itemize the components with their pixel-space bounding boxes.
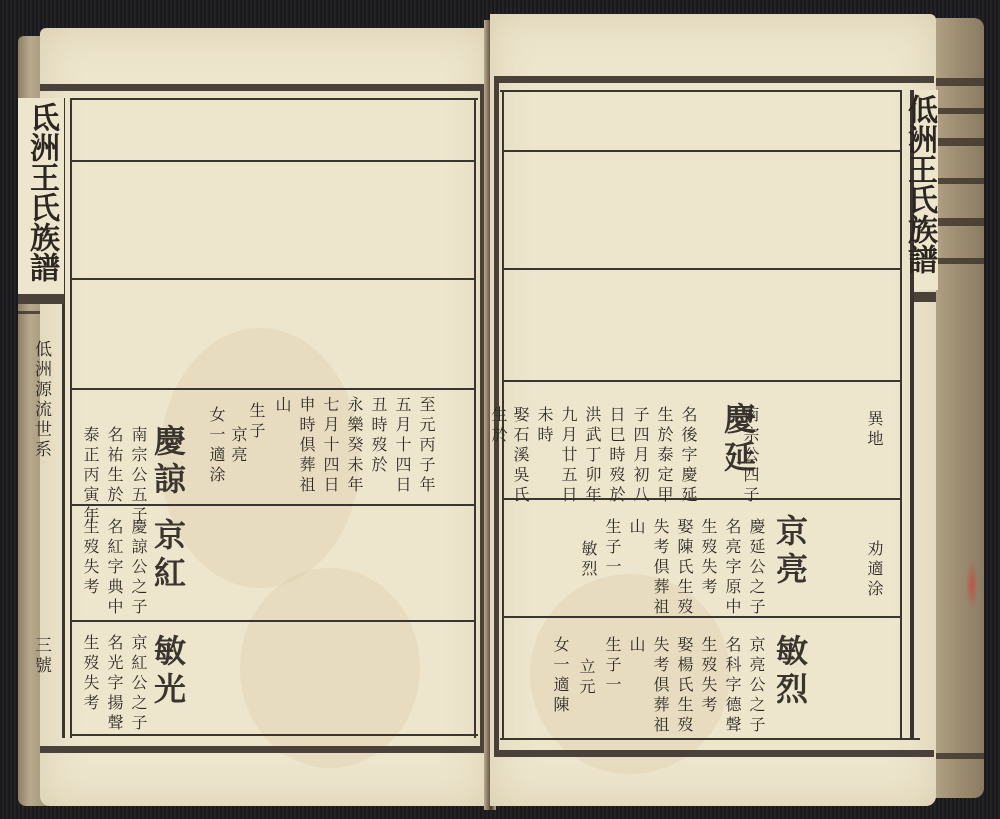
row-divider	[72, 388, 474, 390]
record-line: 至元丙子年	[418, 396, 434, 496]
record-line: 山	[274, 396, 290, 416]
record-line: 京紅公之子	[130, 634, 146, 734]
record-line: 名亮字原中	[724, 518, 740, 618]
section-title: 低洲源流世系	[32, 340, 49, 460]
record-line: 申時倶葬祖	[298, 396, 314, 496]
person-name: 京紅	[152, 518, 184, 594]
record-line: 七月十四日	[322, 396, 338, 496]
inner-right-border	[474, 98, 476, 738]
bottom-border	[40, 746, 484, 753]
record-line: 名科字德聲	[724, 636, 740, 736]
record-line: 日巳時歿於	[608, 406, 624, 506]
record-line: 生歿失考	[82, 634, 98, 714]
child-name: 敏烈	[580, 540, 596, 580]
row-divider	[72, 160, 474, 162]
record-line: 山	[628, 636, 644, 656]
book-title-banner: 低洲王氏族譜	[904, 94, 934, 274]
record-line: 名祐生於	[106, 426, 122, 506]
record-line: 南宗公四子	[742, 406, 758, 506]
child-name: 京亮	[230, 426, 246, 466]
record-line: 失考倶葬祖	[652, 636, 668, 736]
daughter-record: 女一適陳	[552, 636, 568, 716]
record-line: 娶石溪吳氏	[512, 406, 528, 506]
person-name: 敏烈	[774, 634, 806, 710]
person-name: 京亮	[774, 514, 806, 590]
record-line: 永樂癸未年	[346, 396, 362, 496]
inner-left-border	[70, 98, 72, 738]
record-line: 生於泰定甲	[656, 406, 672, 506]
person-name: 敏光	[152, 634, 184, 710]
top-border	[494, 76, 934, 83]
right-page: 低洲王氏族譜 慶延 南宗公四子 名後字慶延 生於泰定甲 子四月初八 日巳時歿於 …	[490, 14, 936, 806]
record-line: 未時	[536, 406, 552, 446]
top-border	[40, 84, 484, 91]
person-name: 慶諒	[152, 424, 184, 500]
record-line: 南宗公五子	[130, 426, 146, 526]
record-line: 洪武丁卯年	[584, 406, 600, 506]
record-line: 生子一	[604, 636, 620, 696]
record-line: 名後字慶延	[680, 406, 696, 506]
record-line: 子四月初八	[632, 406, 648, 506]
record-line: 失考倶葬祖	[652, 518, 668, 618]
row-divider	[504, 268, 900, 270]
record-line: 丑時歿於	[370, 396, 386, 476]
inner-top-border	[500, 90, 900, 92]
record-line: 慶延公之子	[748, 518, 764, 618]
inner-bottom-border	[70, 734, 478, 736]
daughter-record: 女一適涂	[208, 406, 224, 486]
record-line: 五月十四日	[394, 396, 410, 496]
record-line: 娶陳氏生歿	[676, 518, 692, 618]
left-page: 氐洲王氏族譜 低洲源流世系 三號 至元丙子年 五月十四日 丑時歿於 永樂癸未年 …	[40, 28, 488, 806]
record-line: 生子	[248, 402, 264, 442]
record-line: 生於	[490, 406, 506, 446]
side-note: 劝適涂	[866, 540, 882, 600]
row-divider	[72, 620, 474, 622]
record-line: 名光字揚聲	[106, 634, 122, 734]
right-page-block-edge	[932, 18, 984, 798]
row-divider	[504, 380, 900, 382]
record-line: 生歿失考	[700, 636, 716, 716]
book-title-banner: 氐洲王氏族譜	[26, 102, 56, 282]
red-seal-mark	[966, 560, 978, 610]
record-line: 京亮公之子	[748, 636, 764, 736]
page-number: 三號	[32, 636, 49, 676]
record-line: 泰正丙寅年	[82, 426, 98, 526]
record-line: 生歿失考	[700, 518, 716, 598]
inner-bottom-border	[500, 738, 920, 740]
row-divider	[504, 150, 900, 152]
record-line: 生子一	[604, 518, 620, 578]
record-line: 山	[628, 518, 644, 538]
row-divider	[72, 278, 474, 280]
record-line: 慶諒公之子	[130, 518, 146, 618]
record-line: 生歿失考	[82, 518, 98, 598]
bottom-border	[494, 750, 934, 757]
side-note: 異地	[866, 410, 882, 450]
record-line: 名紅字典中	[106, 518, 122, 618]
child-name: 立元	[578, 658, 594, 698]
inner-top-border	[70, 98, 478, 100]
row-divider	[504, 616, 900, 618]
record-line: 娶楊氏生歿	[676, 636, 692, 736]
record-line: 九月廿五日	[560, 406, 576, 506]
